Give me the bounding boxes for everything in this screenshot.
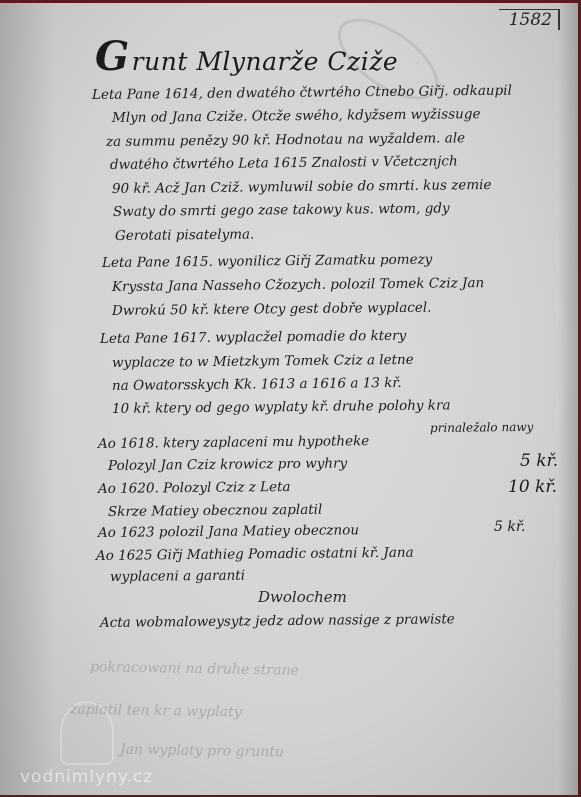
entry-6-line-1: Skrze Matiey obecznou zaplatil — [108, 502, 322, 520]
entry-1-line-2: Mlyn od Jana Cziže. Otcže swého, kdyžsem… — [112, 106, 481, 126]
entry-4-amount: 5 kř. — [520, 451, 558, 471]
entry-2-line-1: Leta Pane 1615. wyonilicz Giřj Zamatku p… — [102, 252, 432, 271]
entry-4-line-2: Polozyl Jan Cziz krowicz pro wyhry — [108, 455, 347, 474]
entry-7-amount: 5 kř. — [494, 519, 525, 535]
entry-3-line-4: 10 kř. ktery od gego wyplaty kř. druhe p… — [112, 397, 451, 417]
entry-1-line-7: Gerotati pisatelyma. — [115, 227, 254, 244]
entry-1-line-6: Swaty do smrti gego zase takowy kus. wto… — [113, 200, 450, 220]
entry-1-line-5: 90 kř. Acž Jan Cziž. wymluwil sobie do s… — [112, 177, 492, 197]
faded-bleedthrough-line-1: pokracowani na druhe strane — [90, 659, 299, 679]
page-title: Grunt Mlynarže Cziže — [95, 33, 398, 80]
entry-3-line-1: Leta Pane 1617. wyplacžel pomadie do kte… — [100, 328, 406, 347]
entry-3-line-3: na Owatorsskych Kk. 1613 a 1616 a 13 kř. — [112, 375, 402, 394]
entry-8-line-2: wyplaceni a garanti — [110, 568, 245, 585]
entry-3-line-2: wyplacze to w Mietzkym Tomek Cziz a letn… — [112, 352, 414, 371]
entry-1-line-4: dwatého čtwrtého Leta 1615 Znalosti v Vč… — [110, 153, 458, 173]
entry-7-line-1: Ao 1623 polozil Jana Matiey obecznou — [98, 522, 359, 541]
title-initial: G — [95, 33, 130, 80]
entry-3-line-5: prinaležalo nawy — [430, 420, 534, 435]
entry-8-line-1: Ao 1625 Giřj Mathieg Pomadic ostatni kř.… — [96, 545, 414, 564]
closing-line: Acta wobmaloweysytz jedz adow nassige z … — [100, 611, 455, 631]
entry-2-line-2: Kryssta Jana Nasseho Cžozych. polozil To… — [112, 275, 484, 295]
entry-1-line-1: Leta Pane 1614, den dwatého čtwrtého Ctn… — [92, 83, 512, 103]
title-text: runt Mlynarže Cziže — [132, 47, 399, 76]
faded-bleedthrough-line-3: Jan wyplaty pro gruntu — [120, 742, 284, 761]
manuscript-page: 1582 Grunt Mlynarže Cziže Leta Pane 1614… — [0, 3, 578, 795]
entry-5-amount: 10 kř. — [508, 477, 557, 497]
closing-heading: Dwolochem — [258, 588, 347, 606]
entry-4-line-1: Ao 1618. ktery zaplaceni mu hypotheke — [98, 433, 369, 452]
folio-number: 1582 — [499, 9, 560, 30]
entry-5-line-1: Ao 1620. Polozyl Cziz z Leta — [98, 479, 291, 497]
watermark-mill-icon — [60, 701, 114, 765]
entry-2-line-3: Dwrokú 50 kř. ktere Otcy gest dobře wypl… — [112, 300, 432, 319]
entry-1-line-3: za summu penězy 90 kř. Hodnotau na wyžal… — [106, 130, 465, 150]
watermark-text: vodnimlyny.cz — [20, 767, 153, 787]
